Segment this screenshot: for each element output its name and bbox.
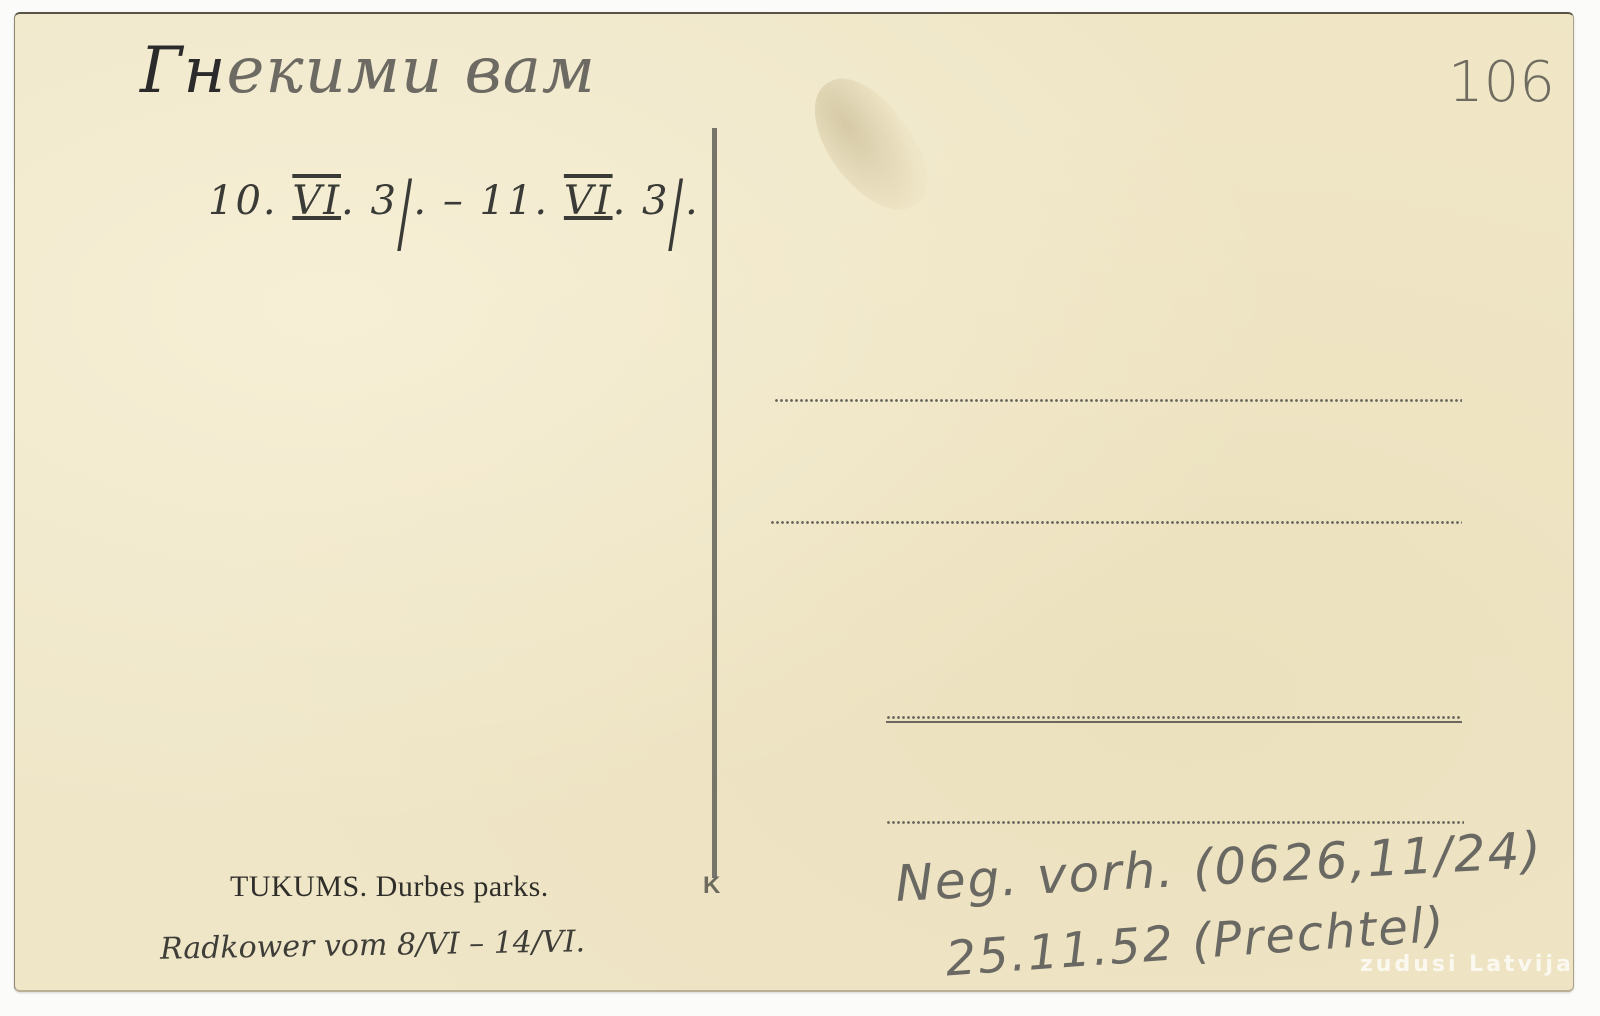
- address-line-2: [770, 521, 1462, 524]
- date-month-start: VI: [292, 178, 341, 224]
- printed-caption: TUKUMS. Durbes parks.: [230, 870, 549, 904]
- date-year-end: . 3: [613, 178, 670, 224]
- watermark: zudusi Latvija: [1360, 952, 1574, 977]
- handwritten-header-initial: Гн: [140, 34, 227, 108]
- date-year-start: . 3: [341, 178, 398, 224]
- handwritten-bottom-note: Radkower vom 8/VI – 14/VI.: [160, 924, 586, 966]
- handwritten-header-rest: екими вам: [227, 34, 596, 108]
- date-day-start: 10.: [208, 178, 292, 224]
- date-month-end: VI: [564, 178, 613, 224]
- address-line-4: [886, 821, 1464, 824]
- address-line-1: [774, 399, 1462, 402]
- date-slash-icon: /: [397, 164, 414, 265]
- printer-mark: K: [703, 872, 720, 900]
- date-day-end: . – 11.: [413, 178, 563, 224]
- handwritten-date-range: 10. VI. 3/. – 11. VI. 3/.: [208, 178, 700, 224]
- address-line-3: [886, 716, 1462, 723]
- date-slash-icon: /: [669, 164, 686, 265]
- center-divider-line: [712, 128, 717, 878]
- page-number: 106: [1448, 50, 1555, 115]
- date-end-dot: .: [685, 178, 700, 224]
- handwritten-header: Гнекими вам: [140, 34, 596, 108]
